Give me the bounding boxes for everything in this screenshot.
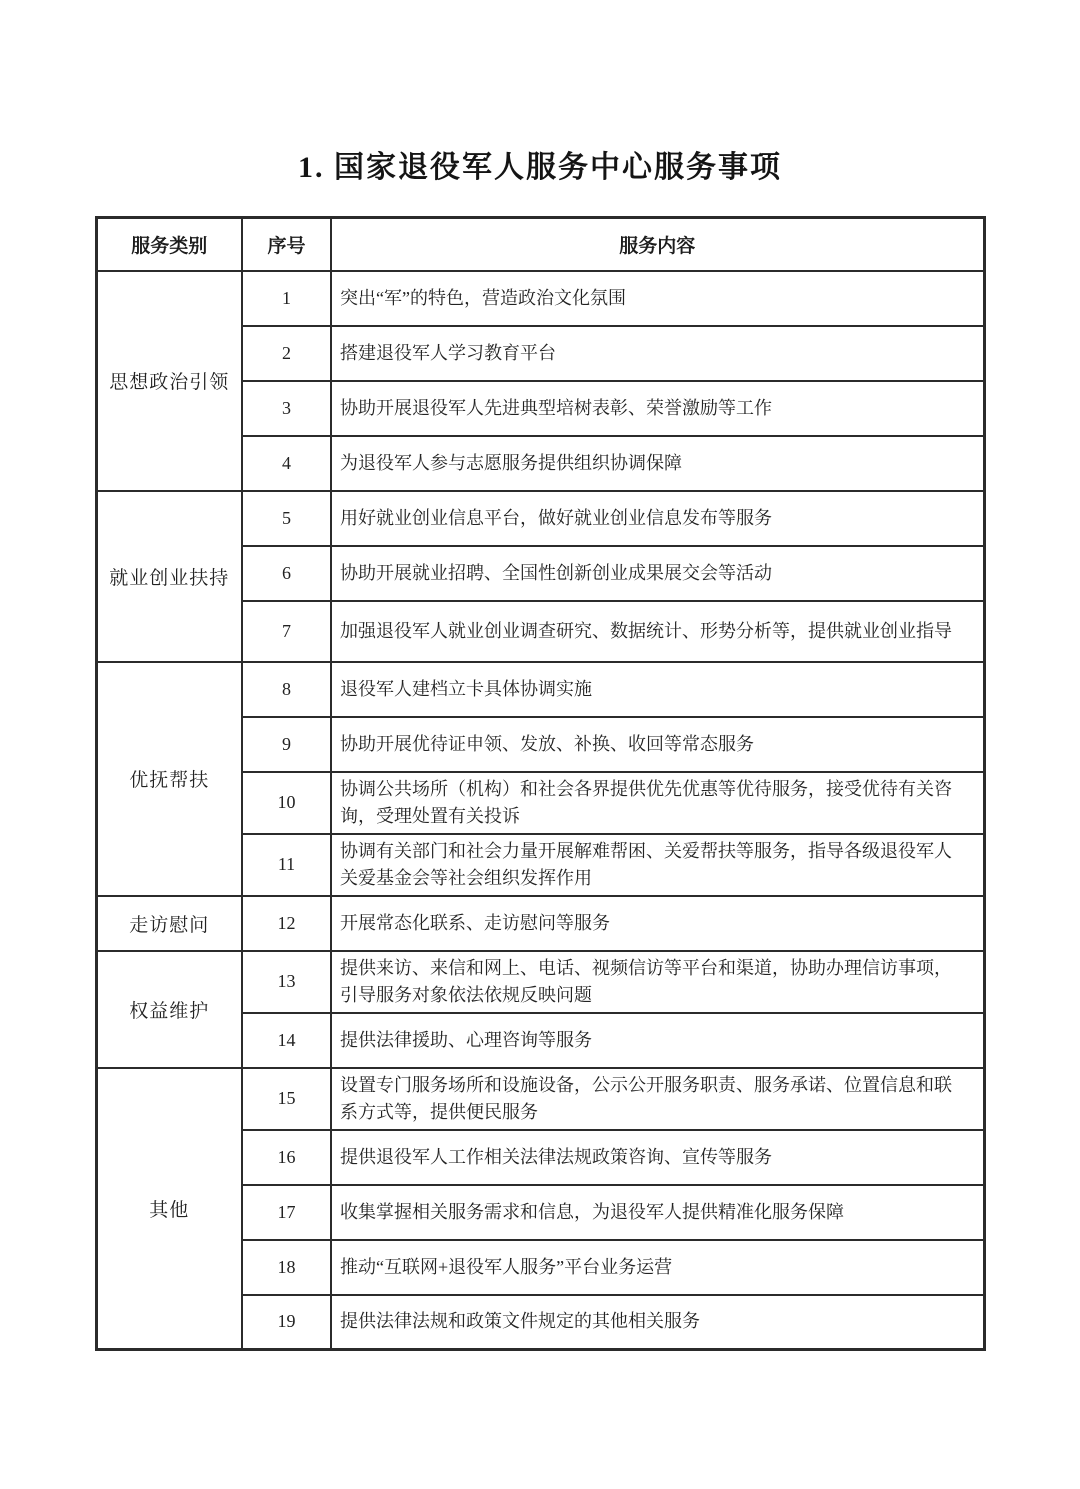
content-cell: 提供退役军人工作相关法律法规政策咨询、宣传等服务 bbox=[331, 1130, 984, 1185]
content-cell: 加强退役军人就业创业调查研究、数据统计、形势分析等，提供就业创业指导 bbox=[331, 601, 984, 662]
content-cell: 为退役军人参与志愿服务提供组织协调保障 bbox=[331, 436, 984, 491]
table-row: 就业创业扶持 5 用好就业创业信息平台，做好就业创业信息发布等服务 bbox=[96, 491, 984, 546]
content-cell: 提供来访、来信和网上、电话、视频信访等平台和渠道，协助办理信访事项，引导服务对象… bbox=[331, 951, 984, 1013]
page-title: 1. 国家退役军人服务中心服务事项 bbox=[0, 0, 1080, 186]
index-cell: 5 bbox=[242, 491, 331, 546]
index-cell: 14 bbox=[242, 1013, 331, 1068]
service-items-table: 服务类别 序号 服务内容 思想政治引领 1 突出“军”的特色，营造政治文化氛围 … bbox=[95, 216, 986, 1351]
content-cell: 提供法律法规和政策文件规定的其他相关服务 bbox=[331, 1295, 984, 1350]
index-cell: 16 bbox=[242, 1130, 331, 1185]
category-cell: 权益维护 bbox=[96, 951, 242, 1068]
index-cell: 3 bbox=[242, 381, 331, 436]
category-cell: 优抚帮扶 bbox=[96, 662, 242, 896]
category-cell: 就业创业扶持 bbox=[96, 491, 242, 662]
content-cell: 协助开展就业招聘、全国性创新创业成果展交会等活动 bbox=[331, 546, 984, 601]
index-cell: 13 bbox=[242, 951, 331, 1013]
index-cell: 17 bbox=[242, 1185, 331, 1240]
category-cell: 其他 bbox=[96, 1068, 242, 1350]
table-header-row: 服务类别 序号 服务内容 bbox=[96, 218, 984, 271]
content-cell: 设置专门服务场所和设施设备，公示公开服务职责、服务承诺、位置信息和联系方式等，提… bbox=[331, 1068, 984, 1130]
content-cell: 提供法律援助、心理咨询等服务 bbox=[331, 1013, 984, 1068]
content-cell: 协调有关部门和社会力量开展解难帮困、关爱帮扶等服务，指导各级退役军人关爱基金会等… bbox=[331, 834, 984, 896]
index-cell: 15 bbox=[242, 1068, 331, 1130]
content-cell: 收集掌握相关服务需求和信息，为退役军人提供精准化服务保障 bbox=[331, 1185, 984, 1240]
index-cell: 18 bbox=[242, 1240, 331, 1295]
table-row: 其他 15 设置专门服务场所和设施设备，公示公开服务职责、服务承诺、位置信息和联… bbox=[96, 1068, 984, 1130]
content-cell: 推动“互联网+退役军人服务”平台业务运营 bbox=[331, 1240, 984, 1295]
index-cell: 19 bbox=[242, 1295, 331, 1350]
content-cell: 协助开展优待证申领、发放、补换、收回等常态服务 bbox=[331, 717, 984, 772]
content-cell: 协调公共场所（机构）和社会各界提供优先优惠等优待服务，接受优待有关咨询，受理处置… bbox=[331, 772, 984, 834]
index-cell: 8 bbox=[242, 662, 331, 717]
content-cell: 突出“军”的特色，营造政治文化氛围 bbox=[331, 271, 984, 326]
header-content: 服务内容 bbox=[331, 218, 984, 271]
index-cell: 7 bbox=[242, 601, 331, 662]
index-cell: 2 bbox=[242, 326, 331, 381]
index-cell: 9 bbox=[242, 717, 331, 772]
index-cell: 1 bbox=[242, 271, 331, 326]
index-cell: 12 bbox=[242, 896, 331, 951]
table-row: 优抚帮扶 8 退役军人建档立卡具体协调实施 bbox=[96, 662, 984, 717]
category-cell: 走访慰问 bbox=[96, 896, 242, 951]
table-row: 走访慰问 12 开展常态化联系、走访慰问等服务 bbox=[96, 896, 984, 951]
content-cell: 退役军人建档立卡具体协调实施 bbox=[331, 662, 984, 717]
table-row: 权益维护 13 提供来访、来信和网上、电话、视频信访等平台和渠道，协助办理信访事… bbox=[96, 951, 984, 1013]
category-cell: 思想政治引领 bbox=[96, 271, 242, 491]
content-cell: 用好就业创业信息平台，做好就业创业信息发布等服务 bbox=[331, 491, 984, 546]
table-row: 思想政治引领 1 突出“军”的特色，营造政治文化氛围 bbox=[96, 271, 984, 326]
content-cell: 协助开展退役军人先进典型培树表彰、荣誉激励等工作 bbox=[331, 381, 984, 436]
content-cell: 搭建退役军人学习教育平台 bbox=[331, 326, 984, 381]
index-cell: 11 bbox=[242, 834, 331, 896]
index-cell: 10 bbox=[242, 772, 331, 834]
index-cell: 4 bbox=[242, 436, 331, 491]
content-cell: 开展常态化联系、走访慰问等服务 bbox=[331, 896, 984, 951]
header-index: 序号 bbox=[242, 218, 331, 271]
index-cell: 6 bbox=[242, 546, 331, 601]
header-category: 服务类别 bbox=[96, 218, 242, 271]
document-page: 1. 国家退役军人服务中心服务事项 服务类别 序号 服务内容 思想政治引领 1 … bbox=[0, 0, 1080, 1489]
